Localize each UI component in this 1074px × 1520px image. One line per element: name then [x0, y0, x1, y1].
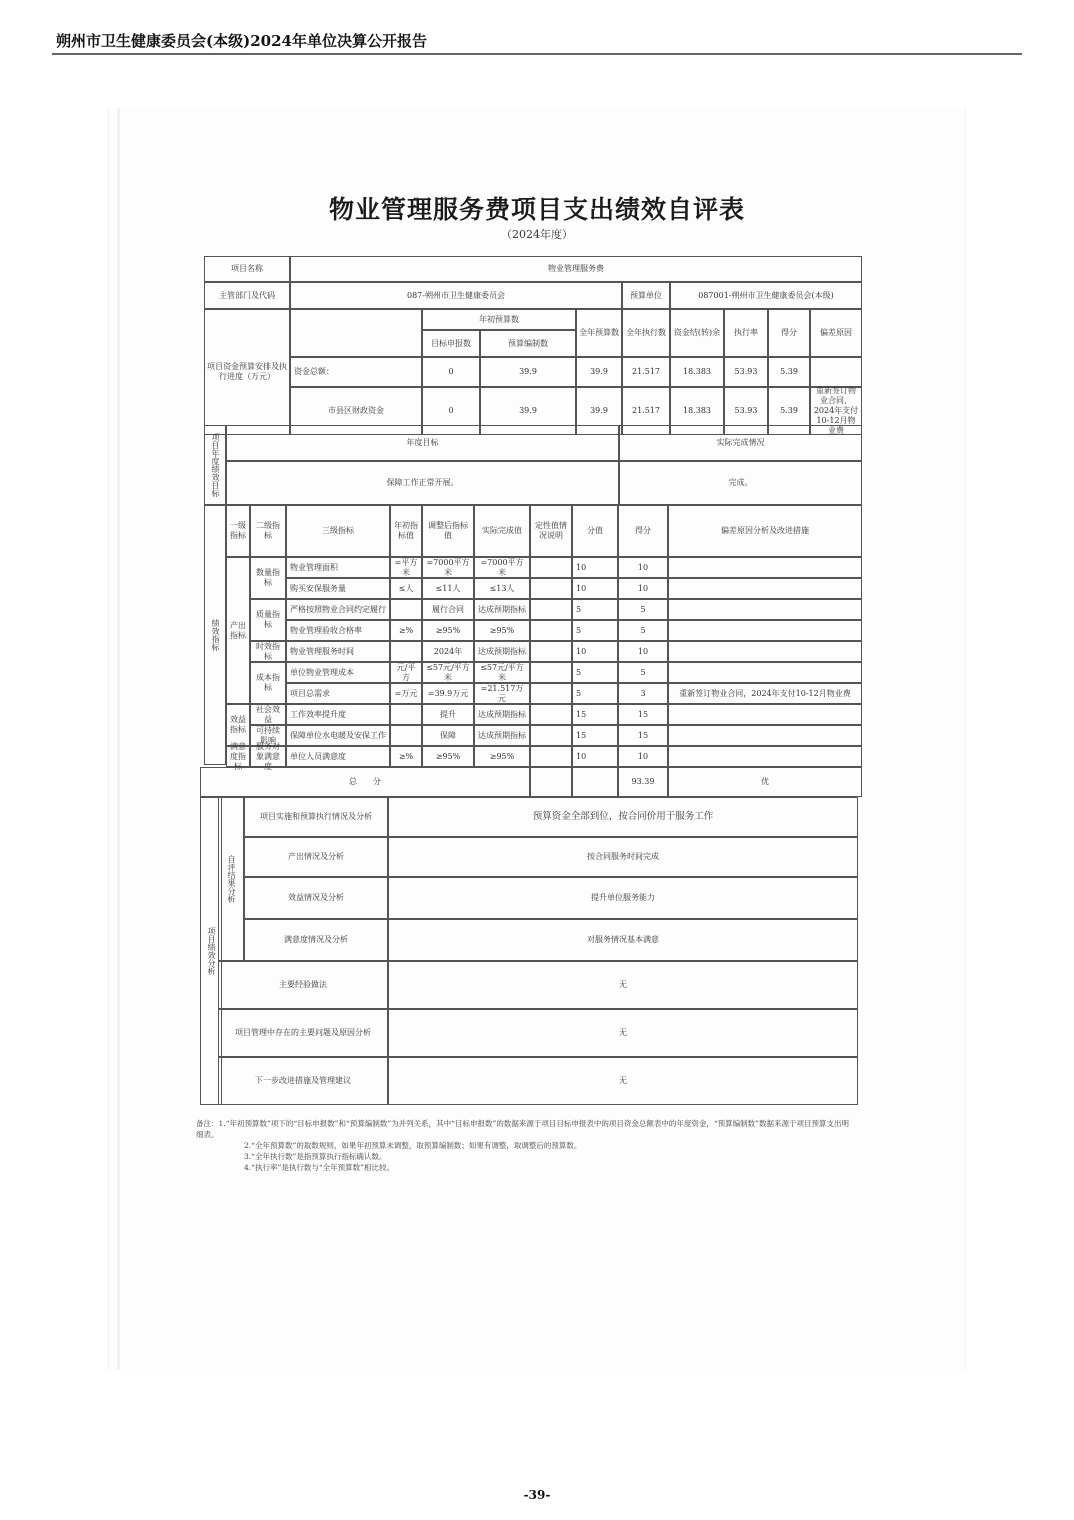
total-blank-1	[530, 767, 572, 797]
indicator-analysis	[668, 578, 862, 599]
indicator-initial: =平方米	[390, 557, 422, 578]
budget-annual: 39.9	[576, 357, 622, 387]
annual-goal-header: 年度目标	[226, 425, 619, 461]
indicator-header-level3: 三级指标	[286, 505, 390, 557]
indicator-score: 5	[618, 662, 668, 683]
completion-header: 实际完成情况	[619, 425, 862, 461]
indicator-adjusted: 履行合同	[422, 599, 474, 620]
indicator-actual: ≥95%	[474, 746, 530, 767]
analysis-row-label: 下一步改进措施及管理建议	[218, 1057, 388, 1105]
indicator-analysis: 重新签订物业合同，2024年支付10-12月物业费	[668, 683, 862, 704]
indicator-score: 10	[618, 578, 668, 599]
budget-section-label: 项目资金预算安排及执行进度（万元）	[204, 309, 290, 435]
indicator-actual: 达成预期指标	[474, 599, 530, 620]
indicator-row-name: 物业管理服务时间	[286, 641, 390, 662]
indicator-row-name: 严格按照物业合同约定履行	[286, 599, 390, 620]
indicator-weight: 15	[572, 725, 618, 746]
indicator-actual: 达成预期指标	[474, 704, 530, 725]
indicators-section-label: 绩效指标	[204, 505, 226, 765]
indicator-initial: ≤人	[390, 578, 422, 599]
indicator-analysis	[668, 725, 862, 746]
project-name-label: 项目名称	[204, 256, 290, 282]
total-blank-2	[572, 767, 618, 797]
indicator-adjusted: 保障	[422, 725, 474, 746]
indicator-row-name: 物业管理验收合格率	[286, 620, 390, 641]
indicator-initial: =万元	[390, 683, 422, 704]
budget-execution: 21.517	[622, 357, 670, 387]
footnote-4: 4.“执行率”是执行数与“全年预算数”相比较。	[196, 1163, 856, 1174]
indicator-adjusted: =39.9万元	[422, 683, 474, 704]
footnote-2: 2.“全年预算数”的取数规则，如果年初预算未调整，取预算编制数；如果有调整，取调…	[196, 1141, 856, 1152]
header-divider	[52, 53, 1022, 55]
indicator-score: 15	[618, 725, 668, 746]
indicator-actual: =7000平方米	[474, 557, 530, 578]
indicator-actual: =21.517万元	[474, 683, 530, 704]
indicator-initial	[390, 704, 422, 725]
indicator-analysis	[668, 704, 862, 725]
indicator-weight: 10	[572, 746, 618, 767]
indicator-score: 10	[618, 557, 668, 578]
indicator-header-analysis: 偏差原因分析及改进措施	[668, 505, 862, 557]
annual-goal-value: 保障工作正常开展。	[226, 461, 619, 505]
indicator-header-initial_value: 年初指标值	[390, 505, 422, 557]
completion-value: 完成。	[619, 461, 862, 505]
header-initial-budget: 年初预算数	[422, 309, 576, 330]
indicator-note	[530, 704, 572, 725]
indicator-header-adjusted_value: 调整后指标值	[422, 505, 474, 557]
indicator-row-name: 物业管理面积	[286, 557, 390, 578]
indicator-score: 15	[618, 704, 668, 725]
indicator-initial	[390, 599, 422, 620]
indicator-weight: 15	[572, 704, 618, 725]
indicator-header-level2: 二级指标	[250, 505, 286, 557]
indicator-weight: 5	[572, 683, 618, 704]
analysis-row-label: 效益情况及分析	[244, 877, 388, 919]
budget-unit-label: 预算单位	[622, 282, 670, 309]
page-number: -39-	[0, 1488, 1074, 1502]
budget-deviation-reason	[810, 357, 862, 387]
analysis-row-label: 满意度情况及分析	[244, 919, 388, 961]
indicator-actual: ≥95%	[474, 620, 530, 641]
indicator-header-level1: 一级指标	[226, 505, 250, 557]
department-label: 主管部门及代码	[204, 282, 290, 309]
indicator-initial: ≥%	[390, 746, 422, 767]
indicator-actual: 达成预期指标	[474, 725, 530, 746]
budget-compiled: 39.9	[480, 357, 576, 387]
indicator-row-name: 单位物业管理成本	[286, 662, 390, 683]
indicator-header-weight: 分值	[572, 505, 618, 557]
indicator-score: 3	[618, 683, 668, 704]
indicator-header-score: 得分	[618, 505, 668, 557]
header-execution-rate: 执行率	[724, 309, 768, 357]
level2-group: 时效指标	[250, 641, 286, 662]
indicator-initial: ≥%	[390, 620, 422, 641]
header-annual-budget: 全年预算数	[576, 309, 622, 357]
header-score: 得分	[768, 309, 810, 357]
footnote-3: 3.“全年执行数”是指预算执行指标确认数。	[196, 1152, 856, 1163]
indicator-note	[530, 578, 572, 599]
level2-group: 成本指标	[250, 662, 286, 704]
indicator-note	[530, 746, 572, 767]
analysis-row-label: 主要经验做法	[218, 961, 388, 1009]
budget-execution-rate: 53.93	[724, 357, 768, 387]
budget-balance: 18.383	[670, 357, 724, 387]
indicator-score: 10	[618, 746, 668, 767]
header-balance: 资金结(转)余	[670, 309, 724, 357]
indicator-weight: 5	[572, 620, 618, 641]
header-target-reported: 目标申报数	[422, 330, 480, 357]
header-deviation-reason: 偏差原因	[810, 309, 862, 357]
indicator-initial	[390, 641, 422, 662]
document-title: 物业管理服务费项目支出绩效自评表	[0, 190, 1074, 226]
indicator-score: 5	[618, 599, 668, 620]
indicator-actual: ≤57元/平方米	[474, 662, 530, 683]
indicator-note	[530, 683, 572, 704]
indicator-weight: 5	[572, 599, 618, 620]
indicator-score: 5	[618, 620, 668, 641]
analysis-row-value: 无	[388, 1009, 858, 1057]
level1-group: 效益指标	[226, 704, 250, 746]
analysis-row-value: 按合同服务时间完成	[388, 837, 858, 877]
indicator-adjusted: 提升	[422, 704, 474, 725]
indicator-adjusted: ≤57元/平方米	[422, 662, 474, 683]
level2-group: 服务对象满意度	[250, 746, 286, 767]
indicator-row-name: 工作效率提升度	[286, 704, 390, 725]
indicator-initial: 元/平方	[390, 662, 422, 683]
annual-goal-section-label: 项目年度绩效目标	[204, 425, 226, 505]
analysis-row-value: 无	[388, 1057, 858, 1105]
indicator-note	[530, 557, 572, 578]
indicator-row-name: 单位人员满意度	[286, 746, 390, 767]
analysis-row-value: 对服务情况基本满意	[388, 919, 858, 961]
indicator-actual: ≤13人	[474, 578, 530, 599]
self-eval-label: 自评结果分析	[218, 797, 244, 961]
indicator-header-actual_value: 实际完成值	[474, 505, 530, 557]
indicator-weight: 10	[572, 641, 618, 662]
level2-group: 质量指标	[250, 599, 286, 641]
analysis-row-value: 预算资金全部到位，按合同价用于服务工作	[388, 797, 858, 837]
document-subtitle: （2024年度）	[0, 226, 1074, 242]
analysis-row-label: 项目管理中存在的主要问题及原因分析	[218, 1009, 388, 1057]
header-budget-compiled: 预算编制数	[480, 330, 576, 357]
budget-target-reported: 0	[422, 357, 480, 387]
analysis-row-value: 无	[388, 961, 858, 1009]
level2-group: 数量指标	[250, 557, 286, 599]
project-name-value: 物业管理服务费	[290, 256, 862, 282]
budget-score: 5.39	[768, 357, 810, 387]
indicator-analysis	[668, 620, 862, 641]
indicator-weight: 10	[572, 557, 618, 578]
indicator-analysis	[668, 641, 862, 662]
analysis-row-label: 产出情况及分析	[244, 837, 388, 877]
indicator-note	[530, 620, 572, 641]
budget-row-label: 资金总额：	[290, 357, 422, 387]
indicator-analysis	[668, 662, 862, 683]
level1-group: 产出指标	[226, 557, 250, 704]
level2-group: 社会效益	[250, 704, 286, 725]
header-annual-execution: 全年执行数	[622, 309, 670, 357]
budget-unit-value: 087001-朔州市卫生健康委员会(本级)	[670, 282, 862, 309]
analysis-row-label: 项目实施和预算执行情况及分析	[244, 797, 388, 837]
indicator-analysis	[668, 746, 862, 767]
indicator-actual: 达成预期指标	[474, 641, 530, 662]
footnotes: 备注：1.“年初预算数”项下的“目标申报数”和“预算编制数”为并列关系，其中“目…	[196, 1119, 856, 1173]
footnote-1: 备注：1.“年初预算数”项下的“目标申报数”和“预算编制数”为并列关系，其中“目…	[196, 1119, 856, 1141]
indicator-analysis	[668, 599, 862, 620]
indicator-initial	[390, 725, 422, 746]
indicator-adjusted: =7000平方米	[422, 557, 474, 578]
indicator-adjusted: ≤11人	[422, 578, 474, 599]
indicator-row-name: 保障单位水电暖及安保工作	[286, 725, 390, 746]
indicator-note	[530, 641, 572, 662]
indicator-note	[530, 725, 572, 746]
analysis-row-value: 提升单位服务能力	[388, 877, 858, 919]
indicator-score: 10	[618, 641, 668, 662]
total-score: 93.39	[618, 767, 668, 797]
page-header: 朔州市卫生健康委员会(本级)2024年单位决算公开报告	[56, 30, 427, 51]
indicator-adjusted: ≥95%	[422, 620, 474, 641]
indicator-weight: 10	[572, 578, 618, 599]
budget-header-blank	[290, 309, 422, 357]
total-label: 总 分	[200, 767, 530, 797]
total-grade: 优	[668, 767, 862, 797]
indicator-adjusted: ≥95%	[422, 746, 474, 767]
indicator-header-qualitative_note: 定性值情况说明	[530, 505, 572, 557]
indicator-adjusted: 2024年	[422, 641, 474, 662]
indicator-note	[530, 599, 572, 620]
indicator-weight: 5	[572, 662, 618, 683]
indicator-analysis	[668, 557, 862, 578]
indicator-row-name: 项目总需求	[286, 683, 390, 704]
indicator-row-name: 购买安保服务量	[286, 578, 390, 599]
level1-group: 满意度指标	[226, 746, 250, 767]
department-value: 087-朔州市卫生健康委员会	[290, 282, 622, 309]
indicator-note	[530, 662, 572, 683]
